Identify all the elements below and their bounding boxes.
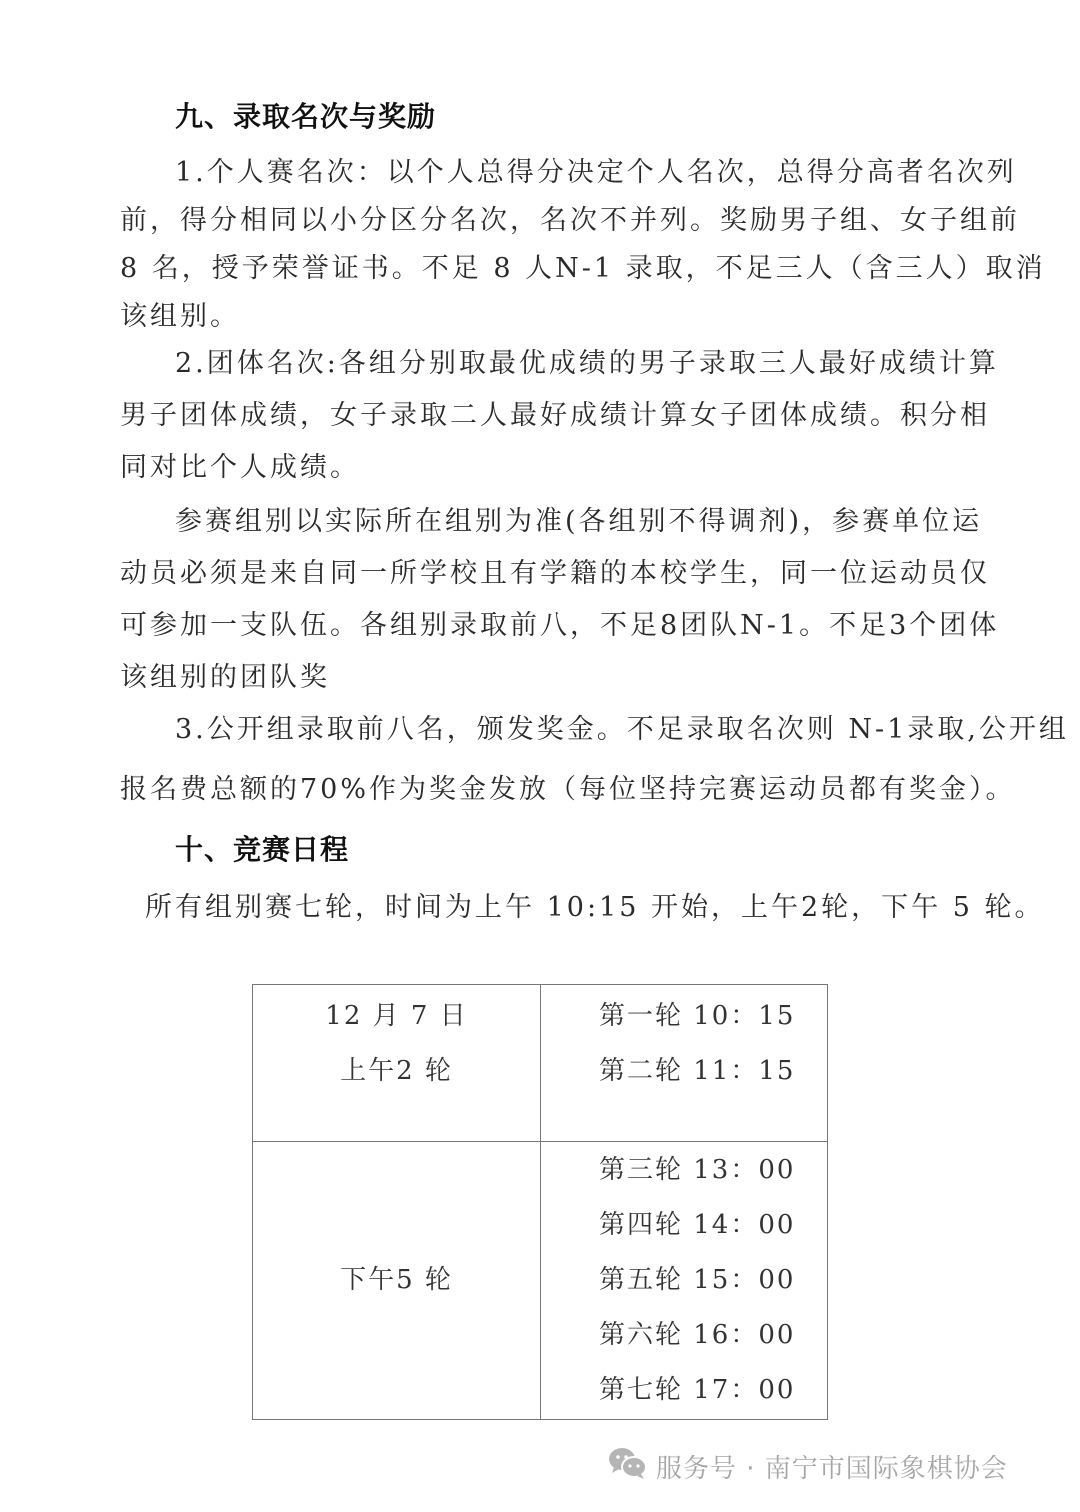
round-2: 第二轮 11：15 xyxy=(599,1044,826,1099)
section-10-heading: 十、竞赛日程 xyxy=(175,828,349,868)
morning-date-cell: 12 月 7 日 上午2 轮 xyxy=(253,985,541,1142)
round-6: 第六轮 16：00 xyxy=(599,1308,826,1363)
afternoon-rounds-cell: 第三轮 13：00 第四轮 14：00 第五轮 15：00 第六轮 16：00 … xyxy=(541,1142,828,1420)
round-4: 第四轮 14：00 xyxy=(599,1198,826,1253)
round-7: 第七轮 17：00 xyxy=(599,1363,826,1418)
wechat-icon xyxy=(608,1446,648,1487)
schedule-table: 12 月 7 日 上午2 轮 第一轮 10：15 第二轮 11：15 下午5 轮… xyxy=(252,984,828,1420)
round-1: 第一轮 10：15 xyxy=(599,989,826,1044)
afternoon-label: 下午5 轮 xyxy=(254,1253,539,1308)
date-label: 12 月 7 日 xyxy=(254,989,539,1044)
schedule-intro: 所有组别赛七轮，时间为上午 10:15 开始，上午2轮，下午 5 轮。 xyxy=(145,885,1045,924)
round-5: 第五轮 15：00 xyxy=(599,1253,826,1308)
afternoon-label-cell: 下午5 轮 xyxy=(253,1142,541,1420)
morning-rounds-cell: 第一轮 10：15 第二轮 11：15 xyxy=(541,985,828,1142)
round-3: 第三轮 13：00 xyxy=(599,1143,826,1198)
morning-label: 上午2 轮 xyxy=(254,1044,539,1099)
section-9-heading: 九、录取名次与奖励 xyxy=(175,95,436,135)
morning-row: 12 月 7 日 上午2 轮 第一轮 10：15 第二轮 11：15 xyxy=(253,985,828,1142)
afternoon-row: 下午5 轮 第三轮 13：00 第四轮 14：00 第五轮 15：00 第六轮 … xyxy=(253,1142,828,1420)
footer-watermark: 服务号 · 南宁市国际象棋协会 xyxy=(608,1446,1008,1487)
footer-text: 服务号 · 南宁市国际象棋协会 xyxy=(656,1448,1008,1485)
